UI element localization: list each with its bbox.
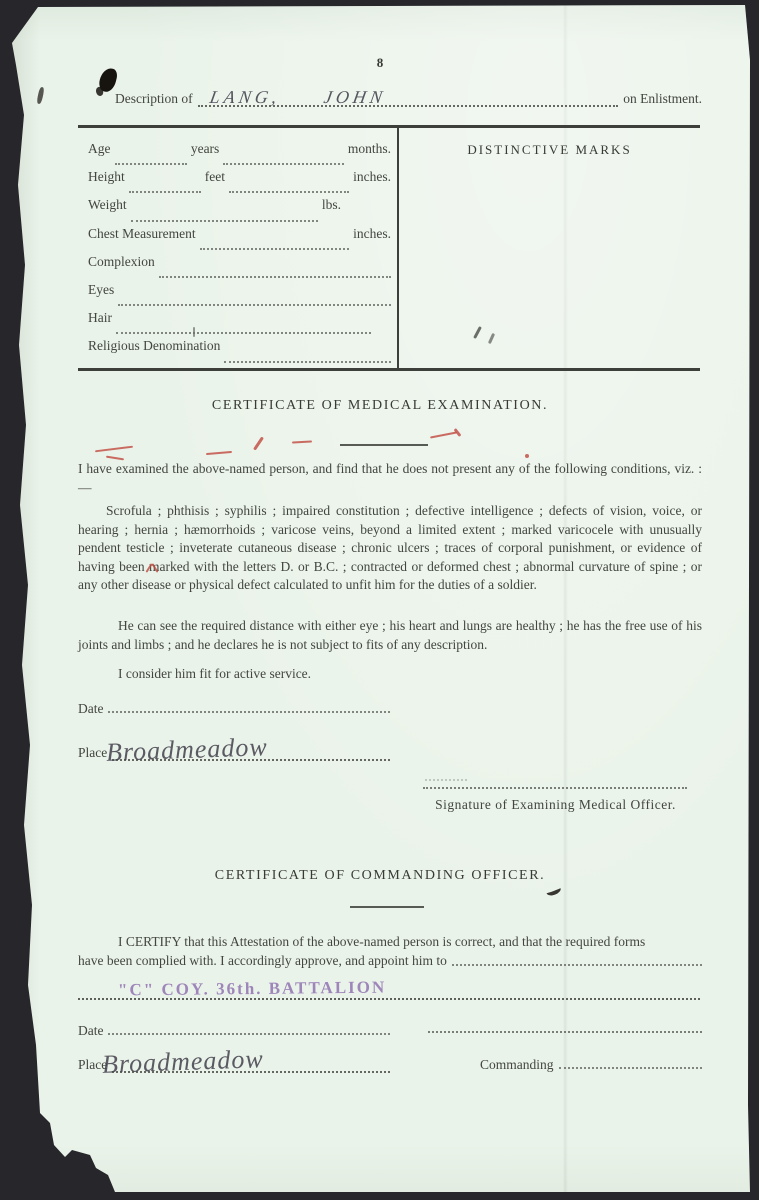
dotted-leader	[229, 191, 349, 193]
medical-signature-line	[423, 781, 687, 789]
page-number: 8	[10, 55, 750, 71]
dotted-leader	[159, 276, 391, 278]
commanding-officer-line: Commanding	[480, 1057, 702, 1073]
ink-comma-mark	[545, 884, 562, 898]
row-label: Weight	[88, 197, 127, 213]
description-header: Description of LANG, JOHN on Enlistment.	[115, 91, 702, 111]
row-unit: months.	[348, 141, 391, 157]
row-unit: inches.	[353, 169, 391, 185]
surname-handwriting: LANG,	[208, 87, 282, 108]
section-divider	[350, 906, 424, 908]
commanding-certificate-title: CERTIFICATE OF COMMANDING OFFICER.	[10, 868, 750, 884]
medical-eyesight-paragraph: He can see the required distance with ei…	[78, 617, 702, 654]
date-label: Date	[78, 1023, 103, 1039]
dotted-leader	[131, 220, 318, 222]
medical-date-line: Date	[78, 701, 390, 717]
certify-line-1: I CERTIFY that this Attestation of the a…	[78, 933, 702, 952]
battalion-stamp: "C" COY. 36th. BATTALION	[118, 978, 386, 1001]
dotted-leader	[559, 1067, 703, 1069]
red-pen-mark	[430, 431, 457, 438]
medical-intro-paragraph: I have examined the above-named person, …	[78, 460, 702, 497]
description-prefix: Description of	[115, 91, 193, 107]
red-pen-dot	[525, 454, 529, 458]
medical-certificate-title: CERTIFICATE OF MEDICAL EXAMINATION.	[10, 398, 750, 414]
row-label: Height	[88, 169, 125, 185]
table-row-religion: Religious Denomination	[88, 338, 391, 366]
place-handwriting: Broadmeadow	[102, 1044, 265, 1080]
medical-place-line: Place Broadmeadow	[78, 745, 390, 765]
row-unit: inches.	[353, 226, 391, 242]
place-entry-line: Broadmeadow	[112, 1057, 390, 1073]
row-label: Hair	[88, 310, 112, 326]
row-label: Age	[88, 141, 111, 157]
table-row-weight: Weight lbs.	[88, 197, 391, 225]
ink-mark	[36, 87, 44, 105]
dotted-leader	[224, 361, 391, 363]
document-page: 8 Description of LANG, JOHN on Enlistmen…	[10, 5, 750, 1192]
dotted-leader	[116, 332, 371, 334]
row-label: Complexion	[88, 254, 155, 270]
dotted-leader	[108, 1033, 390, 1035]
row-label: Chest Measurement	[88, 226, 196, 242]
red-pen-tick	[253, 436, 264, 450]
commanding-signature-line	[428, 1025, 702, 1033]
fit-for-service-statement: I consider him fit for active service.	[78, 665, 702, 684]
section-divider	[340, 444, 428, 446]
table-row-hair: Hair	[88, 310, 391, 338]
table-row-chest: Chest Measurement inches.	[88, 226, 391, 254]
row-label: Religious Denomination	[88, 338, 220, 354]
table-row-height: Height feet inches.	[88, 169, 391, 197]
date-label: Date	[78, 701, 103, 717]
table-row-complexion: Complexion	[88, 254, 391, 282]
ink-speck	[11, 91, 15, 102]
dotted-leader	[200, 248, 350, 250]
ink-blot	[94, 86, 105, 97]
medical-conditions-paragraph: Scrofula ; phthisis ; syphilis ; impaire…	[78, 502, 702, 595]
row-unit: lbs.	[322, 197, 341, 213]
dotted-leader	[115, 163, 187, 165]
row-unit: years	[191, 141, 219, 157]
commanding-label: Commanding	[480, 1057, 554, 1073]
appointment-dotted-leader	[452, 964, 702, 966]
red-pen-mark	[206, 451, 232, 455]
medical-signature-caption: Signature of Examining Medical Officer.	[383, 797, 728, 813]
place-handwriting: Broadmeadow	[106, 732, 269, 768]
dotted-leader	[108, 711, 390, 713]
distinctive-marks-column: DISTINCTIVE MARKS	[399, 128, 700, 368]
description-table-left-column: Age years months. Height feet inches. We…	[78, 128, 399, 368]
table-row-age: Age years months.	[88, 141, 391, 169]
row-unit: feet	[205, 169, 225, 185]
table-row-eyes: Eyes	[88, 282, 391, 310]
name-entry-line: LANG, JOHN	[198, 91, 619, 107]
dotted-leader	[118, 304, 391, 306]
description-table: Age years months. Height feet inches. We…	[78, 125, 700, 371]
row-label: Eyes	[88, 282, 114, 298]
dotted-leader	[223, 163, 344, 165]
place-label: Place	[78, 745, 107, 761]
distinctive-marks-header: DISTINCTIVE MARKS	[467, 142, 631, 157]
enlistment-suffix: on Enlistment.	[623, 91, 702, 107]
given-name-handwriting: JOHN	[322, 87, 388, 108]
red-pen-mark	[95, 446, 133, 453]
appointment-entry-line: "C" COY. 36th. BATTALION	[78, 968, 700, 1000]
place-entry-line: Broadmeadow	[112, 745, 390, 761]
dotted-leader	[129, 191, 201, 193]
red-pen-dash	[292, 440, 312, 443]
red-pen-hook	[454, 428, 462, 437]
commanding-place-line: Place Broadmeadow	[78, 1057, 390, 1077]
commanding-date-line: Date	[78, 1023, 390, 1039]
certify-paragraph: I CERTIFY that this Attestation of the a…	[78, 933, 702, 970]
